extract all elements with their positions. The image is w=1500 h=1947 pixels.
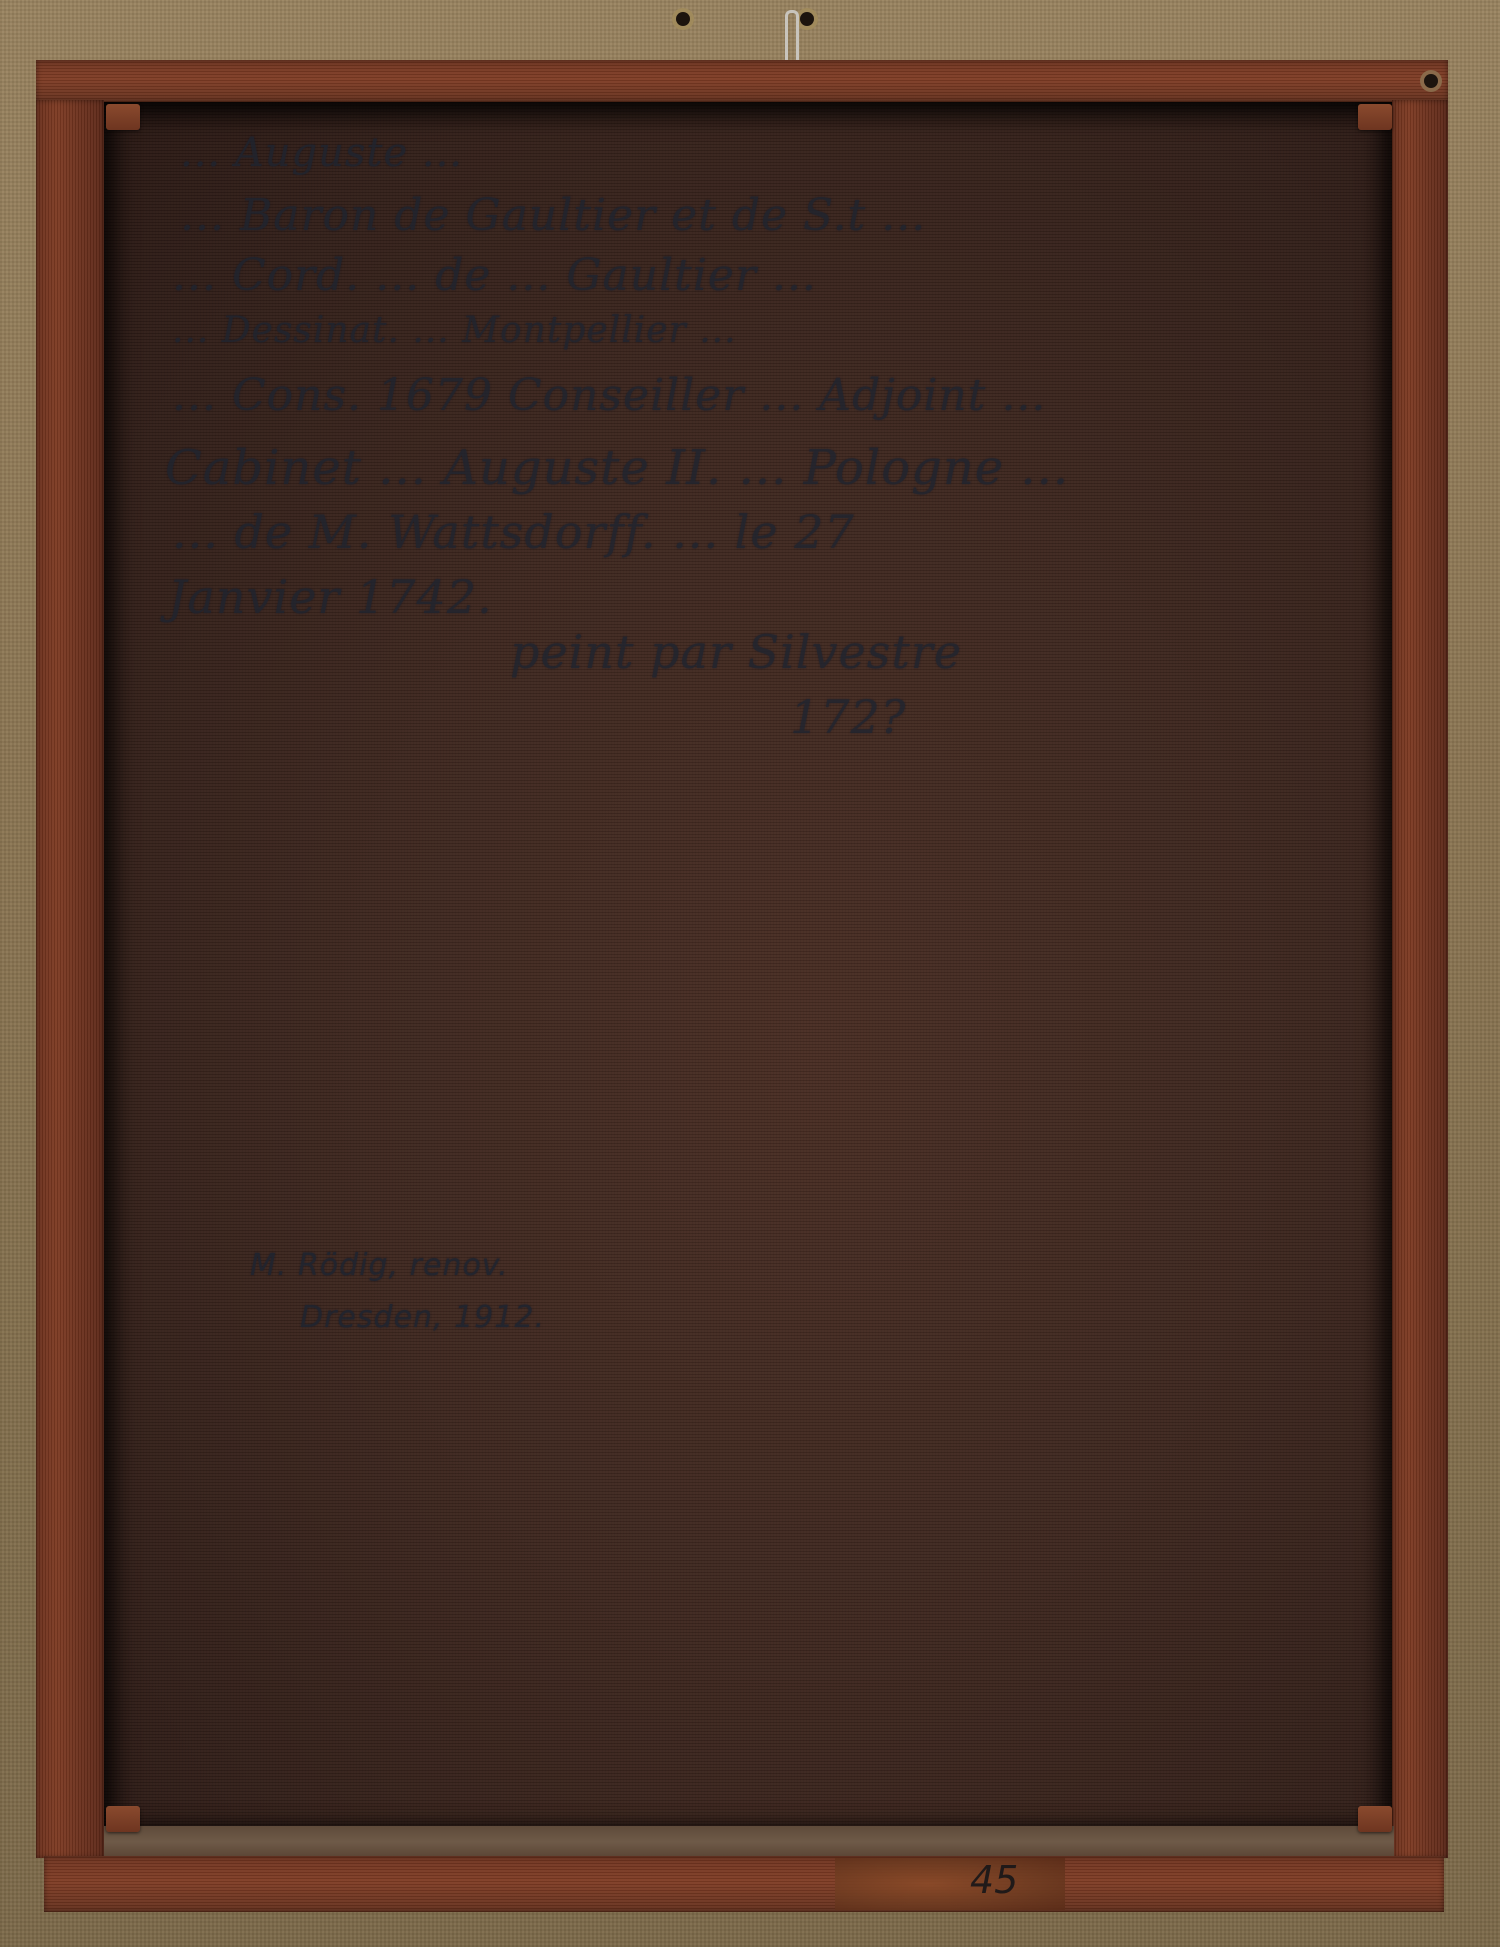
corner-screw-hole [1424,74,1438,88]
screw-hole [800,12,814,26]
restorer-line-2: Dresden, 1912. [300,1300,545,1335]
inscription-line: ... Baron de Gaultier et de S.t ... [180,190,926,241]
artist-signature: peint par Silvestre [510,625,962,679]
corner-key-top-left [106,104,140,130]
restorer-line-1: M. Rödig, renov. [250,1248,509,1283]
stretcher-bar-bottom [44,1856,1444,1912]
corner-key-bottom-left [106,1806,140,1832]
stretcher-ledge [104,1826,1394,1858]
stretcher-bar-top [36,60,1448,102]
inscription-line: Janvier 1742. [168,570,493,624]
corner-key-top-right [1358,104,1392,130]
corner-key-bottom-right [1358,1806,1392,1832]
inscription-line: ... Auguste ... [180,130,463,176]
signature-date: 172? [790,690,906,744]
inscription-line: ... de M. Wattsdorff. ... le 27 [172,505,855,559]
stretcher-label-patch [835,1858,1065,1910]
inscription-line: ... Cons. 1679 Conseiller ... Adjoint ..… [172,370,1046,421]
stretcher-inventory-number: 45 [970,1858,1018,1902]
nail-hole [676,12,690,26]
painting-canvas-back [104,102,1392,1828]
inscription-line: ... Cord. ... de ... Gaultier ... [172,250,817,301]
inscription-line: Cabinet ... Auguste II. ... Pologne ... [165,440,1069,496]
stretcher-bar-right [1392,100,1448,1858]
stretcher-bar-left [36,100,104,1858]
inscription-line: ... Dessinat. ... Montpellier ... [172,310,737,351]
